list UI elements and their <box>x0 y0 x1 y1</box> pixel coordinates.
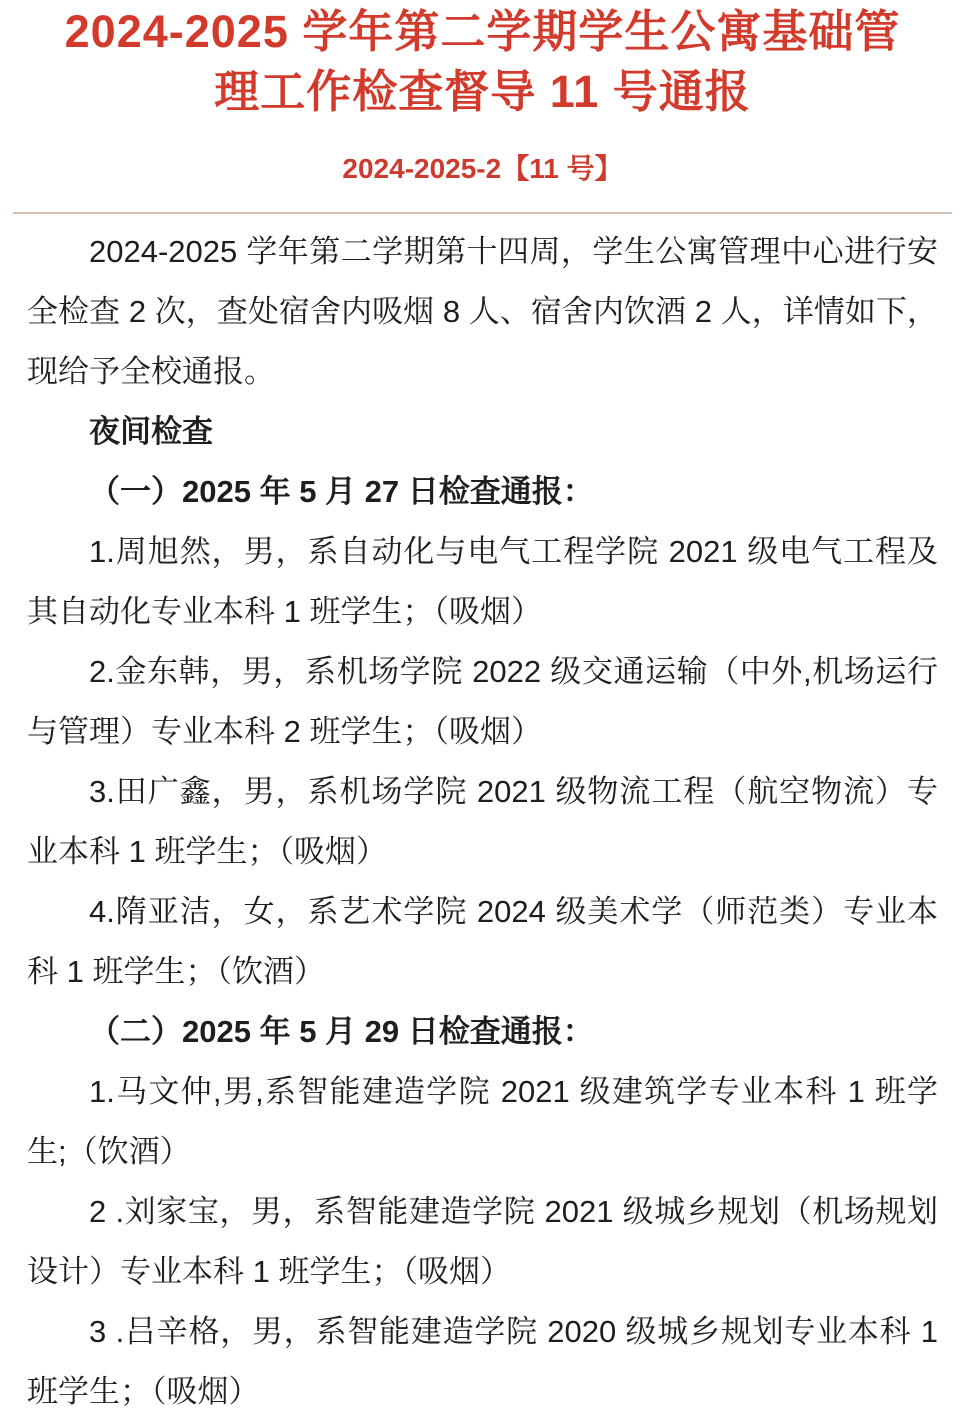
report-2-heading: （二）2025 年 5 月 29 日检查通报： <box>27 1002 938 1062</box>
violation-item-1-3: 3.田广鑫，男，系机场学院 2021 级物流工程（航空物流）专业本科 1 班学生… <box>27 762 938 882</box>
intro-paragraph: 2024-2025 学年第二学期第十四周，学生公寓管理中心进行安全检查 2 次，… <box>27 222 938 402</box>
page-title: 2024-2025 学年第二学期学生公寓基础管 理工作检查督导 11 号通报 <box>0 0 965 122</box>
page-title-line-2: 理工作检查督导 11 号通报 <box>0 62 965 122</box>
night-check-heading: 夜间检查 <box>27 402 938 462</box>
report-1-heading: （一）2025 年 5 月 27 日检查通报： <box>27 462 938 522</box>
violation-item-1-1: 1.周旭然，男，系自动化与电气工程学院 2021 级电气工程及其自动化专业本科 … <box>27 522 938 642</box>
document-number: 2024-2025-2【11 号】 <box>0 150 965 188</box>
page-title-line-1: 2024-2025 学年第二学期学生公寓基础管 <box>0 2 965 62</box>
horizontal-divider <box>13 212 952 214</box>
notice-document: 2024-2025 学年第二学期学生公寓基础管 理工作检查督导 11 号通报 2… <box>0 0 965 1426</box>
violation-item-2-3: 3 .吕辛格，男，系智能建造学院 2020 级城乡规划专业本科 1 班学生；（吸… <box>27 1302 938 1422</box>
violation-item-2-2: 2 .刘家宝，男，系智能建造学院 2021 级城乡规划（机场规划设计）专业本科 … <box>27 1182 938 1302</box>
document-body: 2024-2025 学年第二学期第十四周，学生公寓管理中心进行安全检查 2 次，… <box>27 222 938 1422</box>
violation-item-1-4: 4.隋亚洁，女，系艺术学院 2024 级美术学（师范类）专业本科 1 班学生；（… <box>27 882 938 1002</box>
violation-item-2-1: 1.马文仲,男,系智能建造学院 2021 级建筑学专业本科 1 班学生;（饮酒） <box>27 1062 938 1182</box>
violation-item-1-2: 2.金东韩，男，系机场学院 2022 级交通运输（中外,机场运行与管理）专业本科… <box>27 642 938 762</box>
